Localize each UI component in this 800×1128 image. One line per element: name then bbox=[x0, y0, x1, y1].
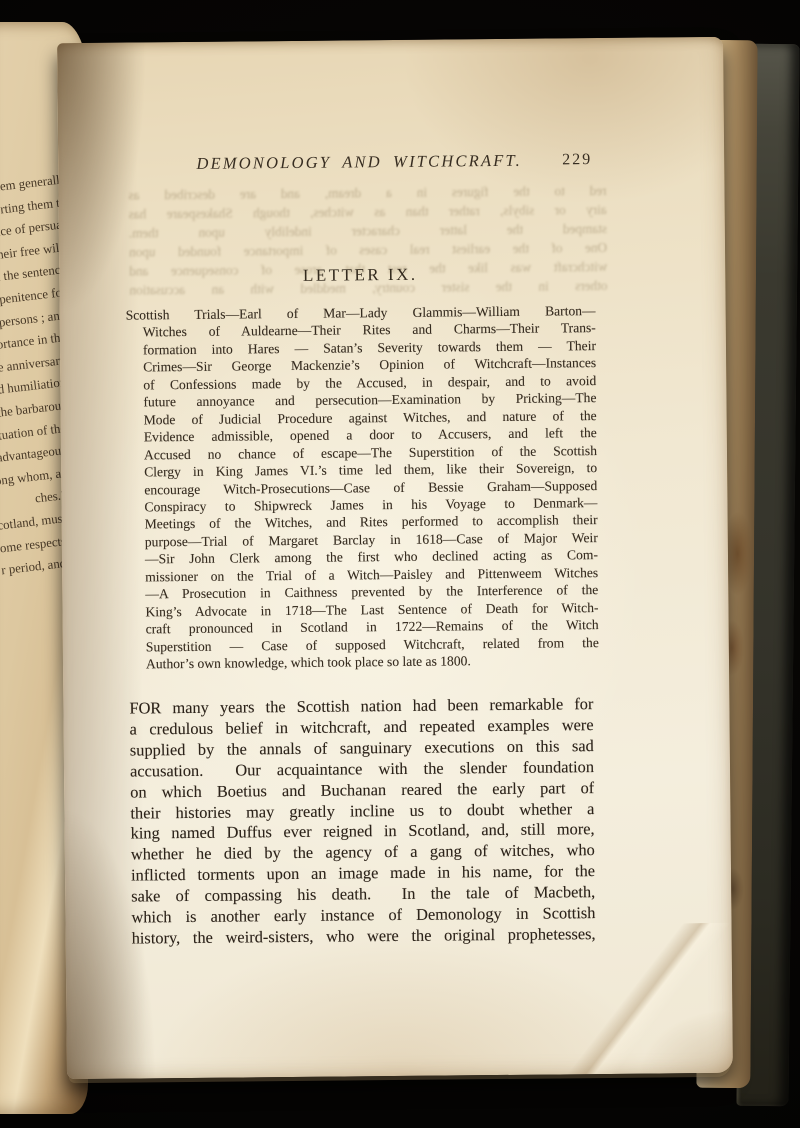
page-number: 229 bbox=[562, 151, 592, 169]
facing-page-text: them generallyerting them tonce of persu… bbox=[0, 168, 66, 575]
summary-line: Author’s own knowledge, which took place… bbox=[129, 651, 599, 673]
book-photo: them generallyerting them tonce of persu… bbox=[0, 0, 800, 1128]
chapter-summary: Scottish Trials—Earl of Mar—Lady Glammis… bbox=[126, 302, 599, 673]
running-head: DEMONOLOGY AND WITCHCRAFT. 229 bbox=[124, 150, 594, 179]
running-title: DEMONOLOGY AND WITCHCRAFT. bbox=[124, 150, 594, 175]
body-paragraph: FOR many years the Scottish nation had b… bbox=[129, 694, 595, 949]
body-text-line: history, the weird-sisters, who were the… bbox=[132, 924, 596, 949]
book-page: red to the figures in a dream, and are d… bbox=[57, 37, 733, 1079]
fold-crease bbox=[542, 923, 733, 1075]
